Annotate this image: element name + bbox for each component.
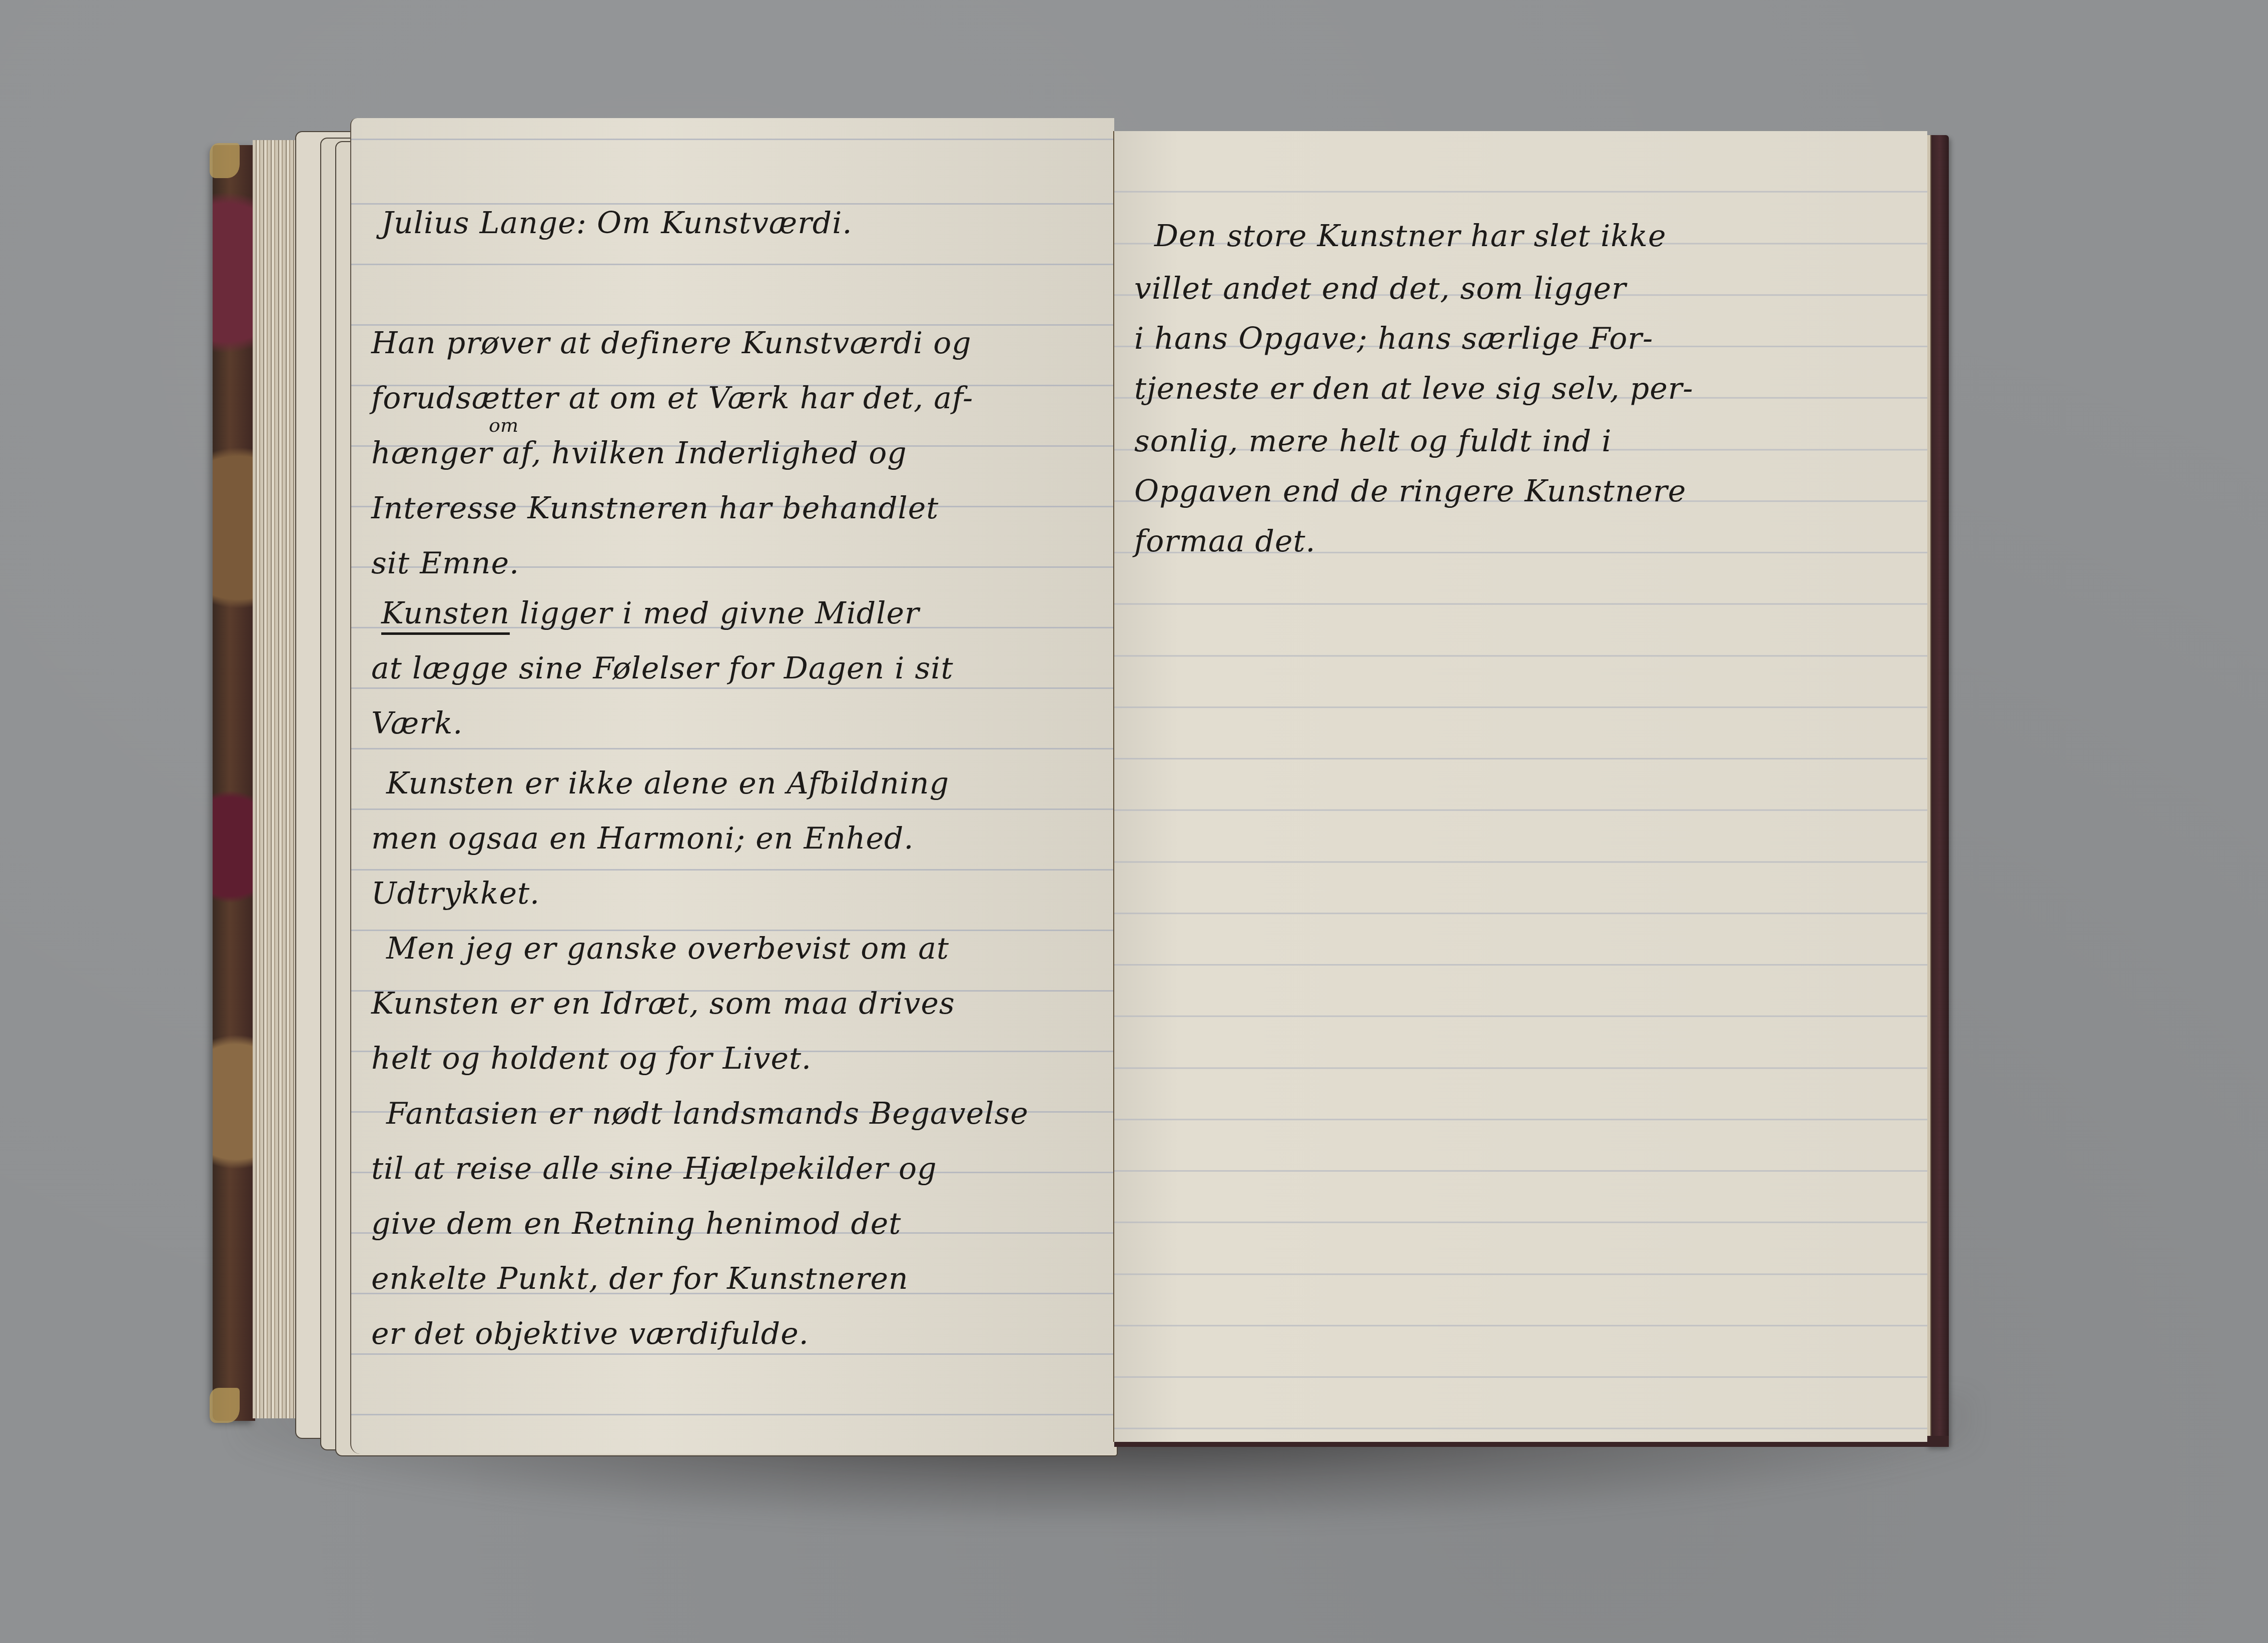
worn-corner-top (210, 143, 240, 178)
text-line: Den store Kunstner har slet ikke (1154, 221, 1666, 251)
page-block-edges (253, 140, 298, 1418)
text-line: forudsætter at om et Værk har det, af- (371, 383, 973, 413)
text-line: give dem en Retning henimod det (371, 1209, 901, 1239)
text-line: formaa det. (1134, 526, 1316, 556)
text-line: er det objektive værdifulde. (371, 1319, 809, 1349)
worn-corner-bottom (210, 1388, 240, 1423)
text-line: hænger af, hvilken Inderlighed og (371, 438, 907, 468)
underlined-word: Kunsten (381, 596, 510, 631)
text-line: Kunsten er ikke alene en Afbildning (386, 768, 949, 798)
text-line: Men jeg er ganske overbevist om at (386, 934, 949, 964)
text-line: sit Emne. (371, 548, 519, 578)
text-line: Han prøver at definere Kunstværdi og (371, 328, 972, 358)
text-line: at lægge sine Følelser for Dagen i sit (371, 653, 954, 683)
text-line: i hans Opgave; hans særlige For- (1134, 324, 1653, 354)
insertion-mark: om (489, 416, 518, 435)
text-line: Kunsten er en Idræt, som maa drives (371, 989, 955, 1019)
text-line: til at reise alle sine Hjælpekilder og (371, 1154, 937, 1184)
text-line: Interesse Kunstneren har behandlet (371, 493, 939, 523)
text-line: Opgaven end de ringere Kunstnere (1134, 476, 1686, 506)
book-cover-right-edge (1926, 135, 1949, 1446)
text-line: sonlig, mere helt og fuldt ind i (1134, 426, 1612, 456)
text-line: enkelte Punkt, der for Kunstneren (371, 1264, 909, 1294)
text-line: men ogsaa en Harmoni; en Enhed. (371, 824, 914, 854)
text-line-rest: ligger i med givne Midler (510, 596, 920, 631)
text-line: Kunsten ligger i med givne Midler (381, 598, 920, 628)
text-line: Fantasien er nødt landsmands Begavelse (386, 1099, 1029, 1129)
right-page: Den store Kunstner har slet ikke villet … (1113, 131, 1927, 1442)
left-page: Julius Lange: Om Kunstværdi. Han prøver … (350, 118, 1114, 1454)
text-line: helt og holdent og for Livet. (371, 1044, 812, 1074)
text-line: Udtrykket. (371, 879, 540, 909)
text-line: Værk. (371, 708, 463, 738)
page-title: Julius Lange: Om Kunstværdi. (381, 208, 853, 238)
text-line: tjeneste er den at leve sig selv, per- (1134, 374, 1694, 404)
book-cover-left-edge (213, 145, 255, 1421)
text-line: villet andet end det, som ligger (1134, 274, 1627, 304)
